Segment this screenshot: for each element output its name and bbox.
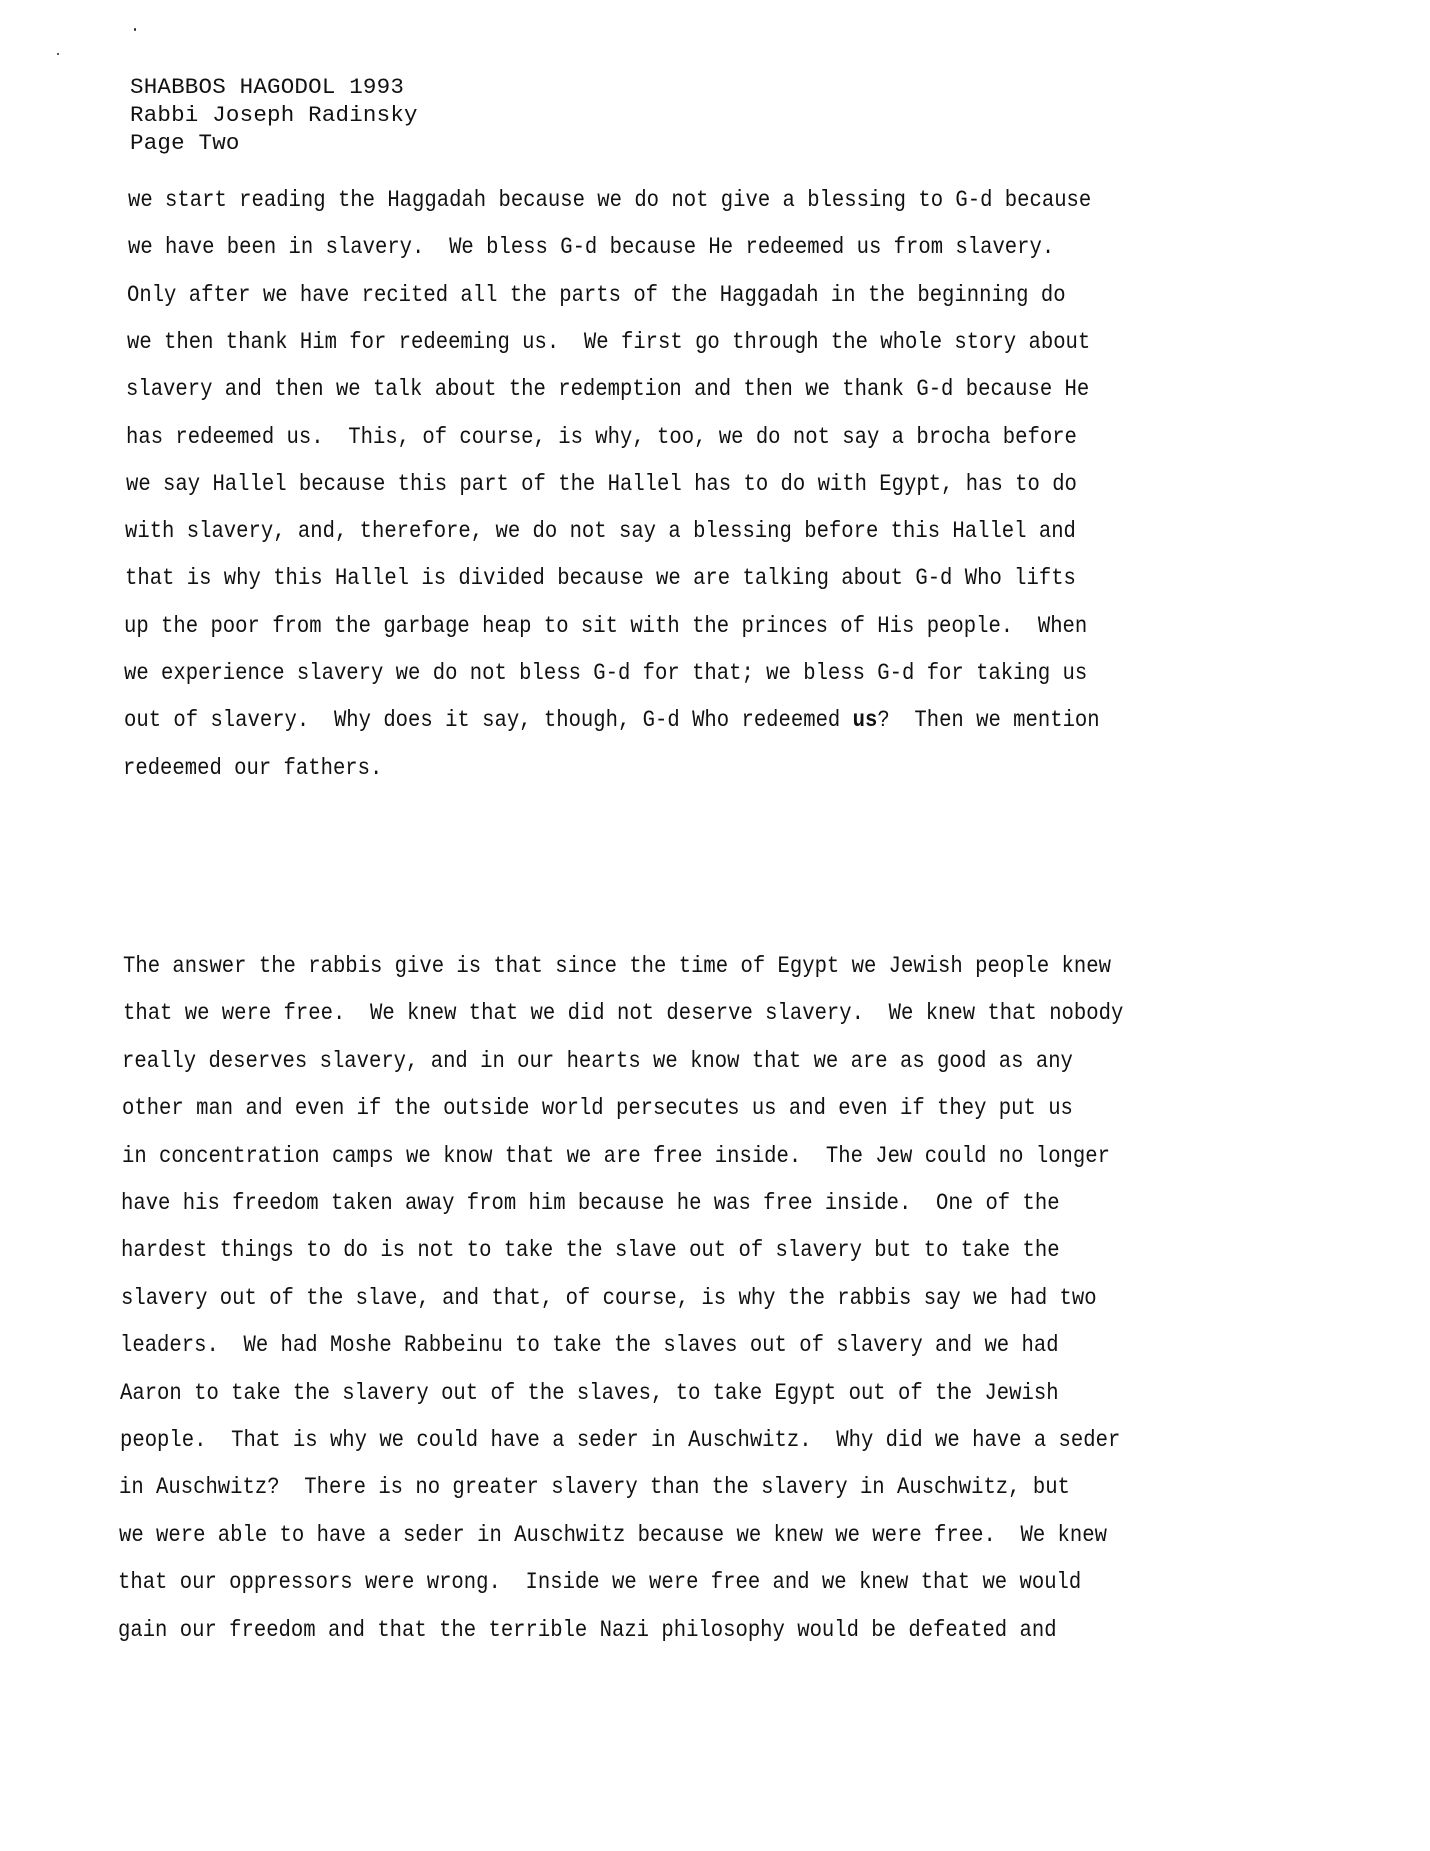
text-line: really deserves slavery, and in our hear…	[122, 1048, 1073, 1076]
text-line: Aaron to take the slavery out of the sla…	[120, 1380, 1059, 1408]
text-line: we start reading the Haggadah because we…	[128, 187, 1091, 215]
text-line: we say Hallel because this part of the H…	[126, 471, 1077, 499]
text-line: redeemed our fathers.	[123, 755, 382, 783]
text-line: hardest things to do is not to take the …	[121, 1237, 1060, 1265]
document-header: SHABBOS HAGODOL 1993 Rabbi Joseph Radins…	[130, 73, 418, 157]
text-line: with slavery, and, therefore, we do not …	[125, 518, 1076, 546]
text-line: that our oppressors were wrong. Inside w…	[118, 1569, 1081, 1597]
document-title: SHABBOS HAGODOL 1993	[130, 73, 418, 101]
text-line: we experience slavery we do not bless G-…	[124, 660, 1087, 688]
text-line: out of slavery. Why does it say, though,…	[124, 707, 1100, 735]
text-line: slavery and then we talk about the redem…	[126, 376, 1089, 404]
document-author: Rabbi Joseph Radinsky	[130, 101, 418, 129]
text-line: we have been in slavery. We bless G-d be…	[128, 234, 1054, 262]
emphasis: us	[852, 707, 877, 734]
text-line: have his freedom taken away from him bec…	[121, 1190, 1060, 1218]
text-line: leaders. We had Moshe Rabbeinu to take t…	[120, 1332, 1059, 1360]
text-line: up the poor from the garbage heap to sit…	[124, 613, 1087, 641]
text-line: The answer the rabbis give is that since…	[123, 953, 1111, 981]
page-label: Page Two	[130, 129, 418, 157]
text-line: Only after we have recited all the parts…	[127, 282, 1066, 310]
scan-speck	[57, 53, 59, 55]
text-line: other man and even if the outside world …	[122, 1095, 1073, 1123]
text-line: in Auschwitz? There is no greater slaver…	[119, 1474, 1070, 1502]
text-line: gain our freedom and that the terrible N…	[118, 1617, 1057, 1645]
text-line: people. That is why we could have a sede…	[120, 1427, 1120, 1455]
text-line: slavery out of the slave, and that, of c…	[121, 1285, 1097, 1313]
text-line: we were able to have a seder in Auschwit…	[119, 1522, 1107, 1550]
text-line: that is why this Hallel is divided becau…	[125, 565, 1076, 593]
text-line: that we were free. We knew that we did n…	[123, 1000, 1123, 1028]
text-line: we then thank Him for redeeming us. We f…	[127, 329, 1090, 357]
text-line: has redeemed us. This, of course, is why…	[126, 424, 1077, 452]
text-line: in concentration camps we know that we a…	[122, 1143, 1110, 1171]
scan-speck	[134, 28, 136, 31]
